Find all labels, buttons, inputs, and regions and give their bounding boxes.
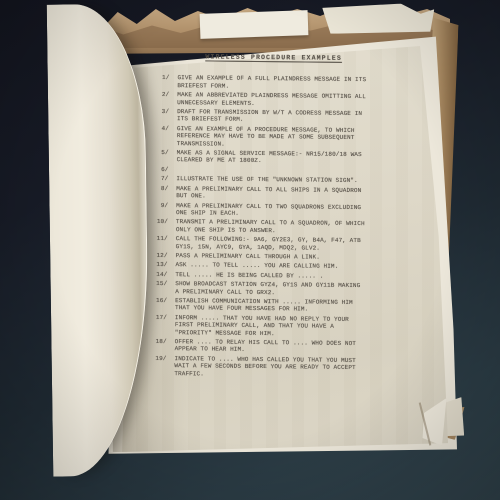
item-text: CALL THE FOLLOWING:- 9A6, GY2E3, GY, B4A…: [176, 235, 368, 252]
list-item: 1/ GIVE AN EXAMPLE OF A FULL PLAINDRESS …: [149, 74, 371, 91]
list-item: 14/ TELL ..... HE IS BEING CALLED BY ...…: [147, 271, 369, 281]
item-number: 5/: [149, 149, 169, 164]
item-number: 15/: [147, 280, 167, 295]
item-text: TELL ..... HE IS BEING CALLED BY ..... .: [175, 271, 367, 280]
list-item: 18/ OFFER .... TO RELAY HIS CALL TO ....…: [147, 338, 369, 355]
list-item: 15/ SHOW BROADCAST STATION GYZ4, GY1S AN…: [147, 280, 369, 297]
loose-sheet-top-right: [322, 2, 435, 37]
item-number: 1/: [149, 74, 169, 89]
item-number: 11/: [148, 235, 168, 250]
item-text: DRAFT FOR TRANSMISSION BY W/T A CODRESS …: [177, 108, 369, 125]
list-item: 5/ MAKE AS A SIGNAL SERVICE MESSAGE:- NR…: [149, 149, 371, 166]
list-item: 16/ ESTABLISH COMMUNICATION WITH ..... I…: [147, 297, 369, 314]
item-text: PASS A PRELIMINARY CALL THROUGH A LINK.: [176, 252, 368, 261]
item-text: GIVE AN EXAMPLE OF A FULL PLAINDRESS MES…: [177, 75, 369, 92]
item-text: ILLUSTRATE THE USE OF THE "UNKNOWN STATI…: [176, 175, 368, 184]
item-text: TRANSMIT A PRELIMINARY CALL TO A SQUADRO…: [176, 218, 368, 235]
loose-sheet-top-middle: [200, 10, 309, 39]
item-text: INDICATE TO .... WHO HAS CALLED YOU THAT…: [174, 355, 366, 379]
item-text: ESTABLISH COMMUNICATION WITH ..... INFOR…: [175, 297, 367, 314]
list-item: 7/ ILLUSTRATE THE USE OF THE "UNKNOWN ST…: [148, 175, 370, 185]
item-number: 2/: [149, 91, 169, 106]
item-text: MAKE AS A SIGNAL SERVICE MESSAGE:- NR15/…: [177, 149, 369, 166]
item-number: 12/: [148, 252, 168, 260]
list-item: 2/ MAKE AN ABBREVIATED PLAINDRESS MESSAG…: [149, 91, 371, 108]
item-number: 3/: [149, 108, 169, 123]
list-item: 8/ MAKE A PRELIMINARY CALL TO ALL SHIPS …: [148, 185, 370, 202]
page-title: WIRELESS PROCEDURE EXAMPLES: [178, 53, 370, 62]
item-number: 13/: [147, 261, 167, 269]
list-item: 10/ TRANSMIT A PRELIMINARY CALL TO A SQU…: [148, 218, 370, 235]
item-number: 4/: [149, 125, 169, 147]
item-text: OFFER .... TO RELAY HIS CALL TO .... WHO…: [175, 338, 367, 355]
item-text: [176, 166, 368, 175]
photo-backdrop: WIRELESS PROCEDURE EXAMPLES 1/ GIVE AN E…: [0, 0, 500, 500]
item-number: 10/: [148, 218, 168, 233]
item-number: 16/: [147, 297, 167, 312]
list-item: 11/ CALL THE FOLLOWING:- 9A6, GY2E3, GY,…: [148, 235, 370, 252]
list-item: 17/ INFORM ..... THAT YOU HAVE HAD NO RE…: [147, 314, 369, 339]
item-text: ASK ..... TO TELL ..... YOU ARE CALLING …: [175, 261, 367, 270]
item-text: INFORM ..... THAT YOU HAVE HAD NO REPLY …: [175, 314, 367, 338]
list-item: 19/ INDICATE TO .... WHO HAS CALLED YOU …: [146, 355, 368, 380]
item-number: 17/: [147, 314, 167, 336]
list-item: 9/ MAKE A PRELIMINARY CALL TO TWO SQUADR…: [148, 201, 370, 218]
typed-text-block: WIRELESS PROCEDURE EXAMPLES 1/ GIVE AN E…: [146, 53, 371, 381]
item-number: 7/: [148, 175, 168, 183]
list-item: 12/ PASS A PRELIMINARY CALL THROUGH A LI…: [148, 252, 370, 262]
list-item: 4/ GIVE AN EXAMPLE OF A PROCEDURE MESSAG…: [149, 125, 371, 150]
item-number: 6/: [148, 166, 168, 174]
item-text: SHOW BROADCAST STATION GYZ4, GY1S AND GY…: [175, 280, 367, 297]
item-number: 8/: [148, 185, 168, 200]
item-number: 18/: [147, 338, 167, 353]
list-item: 3/ DRAFT FOR TRANSMISSION BY W/T A CODRE…: [149, 108, 371, 125]
item-text: MAKE AN ABBREVIATED PLAINDRESS MESSAGE O…: [177, 91, 369, 108]
item-number: 14/: [147, 271, 167, 279]
item-number: 9/: [148, 201, 168, 216]
list-item: 13/ ASK ..... TO TELL ..... YOU ARE CALL…: [147, 261, 369, 271]
item-text: MAKE A PRELIMINARY CALL TO ALL SHIPS IN …: [176, 185, 368, 202]
list-item: 6/: [148, 166, 370, 176]
item-text: GIVE AN EXAMPLE OF A PROCEDURE MESSAGE, …: [177, 125, 369, 149]
item-text: MAKE A PRELIMINARY CALL TO TWO SQUADRONS…: [176, 202, 368, 219]
item-number: 19/: [146, 355, 166, 377]
